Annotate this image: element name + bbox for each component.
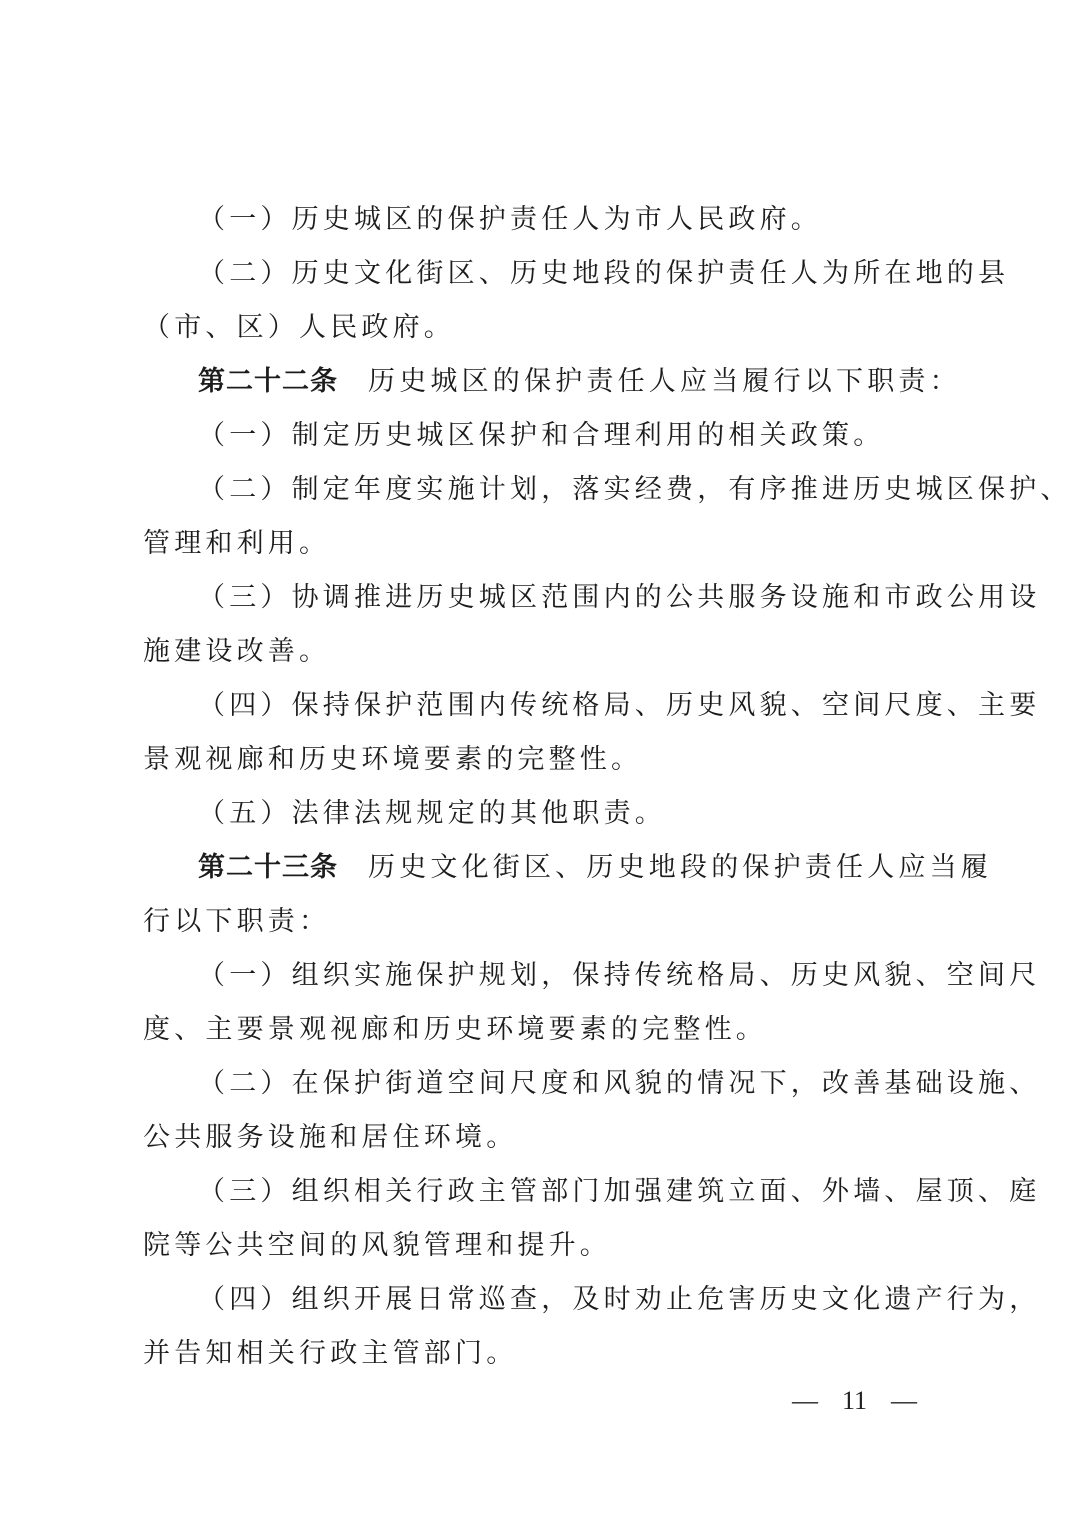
page-number: —11— <box>792 1383 917 1419</box>
item-line: （一）制定历史城区保护和合理利用的相关政策。 <box>198 418 884 454</box>
line-text: （四）组织开展日常巡查，及时劝止危害历史文化遗产行为， <box>198 1284 1040 1315</box>
item-line: （二）历史文化街区、历史地段的保护责任人为所在地的县 <box>198 256 1009 292</box>
line-text: 并告知相关行政主管部门。 <box>143 1338 517 1369</box>
item-line: （四）保持保护范围内传统格局、历史风貌、空间尺度、主要 <box>198 688 1040 724</box>
page-number-value: 11 <box>842 1383 867 1419</box>
continuation-line: 度、主要景观视廊和历史环境要素的完整性。 <box>143 1012 767 1048</box>
line-text: 景观视廊和历史环境要素的完整性。 <box>143 744 642 775</box>
continuation-line: （市、区）人民政府。 <box>143 310 455 346</box>
line-text: （一）制定历史城区保护和合理利用的相关政策。 <box>198 420 884 451</box>
line-text: （四）保持保护范围内传统格局、历史风貌、空间尺度、主要 <box>198 690 1040 721</box>
line-text: （市、区）人民政府。 <box>143 312 455 343</box>
continuation-line: 管理和利用。 <box>143 526 330 562</box>
line-text: 历史文化街区、历史地段的保护责任人应当履 <box>368 852 992 883</box>
dash-right: — <box>891 1383 917 1419</box>
article-heading: 第二十三条 <box>198 852 338 883</box>
line-text: 院等公共空间的风貌管理和提升。 <box>143 1230 611 1261</box>
item-line: （一）历史城区的保护责任人为市人民政府。 <box>198 202 822 238</box>
line-text: （二）在保护街道空间尺度和风貌的情况下，改善基础设施、 <box>198 1068 1040 1099</box>
line-text: 历史城区的保护责任人应当履行以下职责： <box>368 366 961 397</box>
item-line: （二）在保护街道空间尺度和风貌的情况下，改善基础设施、 <box>198 1066 1040 1102</box>
item-line: （四）组织开展日常巡查，及时劝止危害历史文化遗产行为， <box>198 1282 1040 1318</box>
line-text: （一）历史城区的保护责任人为市人民政府。 <box>198 204 822 235</box>
continuation-line: 景观视廊和历史环境要素的完整性。 <box>143 742 642 778</box>
article-22-line: 第二十二条历史城区的保护责任人应当履行以下职责： <box>198 364 961 400</box>
line-text: 施建设改善。 <box>143 636 330 667</box>
line-text: （三）组织相关行政主管部门加强建筑立面、外墙、屋顶、庭 <box>198 1176 1040 1207</box>
dash-left: — <box>792 1383 818 1419</box>
continuation-line: 施建设改善。 <box>143 634 330 670</box>
line-text: 行以下职责： <box>143 906 330 937</box>
line-text: 度、主要景观视廊和历史环境要素的完整性。 <box>143 1014 767 1045</box>
item-line: （五）法律法规规定的其他职责。 <box>198 796 666 832</box>
line-text: （三）协调推进历史城区范围内的公共服务设施和市政公用设 <box>198 582 1040 613</box>
continuation-line: 公共服务设施和居住环境。 <box>143 1120 517 1156</box>
continuation-line: 院等公共空间的风貌管理和提升。 <box>143 1228 611 1264</box>
continuation-line: 并告知相关行政主管部门。 <box>143 1336 517 1372</box>
line-text: （二）历史文化街区、历史地段的保护责任人为所在地的县 <box>198 258 1009 289</box>
line-text: （二）制定年度实施计划，落实经费，有序推进历史城区保护、 <box>198 474 1072 505</box>
item-line: （三）协调推进历史城区范围内的公共服务设施和市政公用设 <box>198 580 1040 616</box>
line-text: （五）法律法规规定的其他职责。 <box>198 798 666 829</box>
line-text: 公共服务设施和居住环境。 <box>143 1122 517 1153</box>
article-23-line: 第二十三条历史文化街区、历史地段的保护责任人应当履 <box>198 850 992 886</box>
article-heading: 第二十二条 <box>198 366 338 397</box>
line-text: 管理和利用。 <box>143 528 330 559</box>
line-text: （一）组织实施保护规划，保持传统格局、历史风貌、空间尺 <box>198 960 1040 991</box>
continuation-line: 行以下职责： <box>143 904 330 940</box>
item-line: （一）组织实施保护规划，保持传统格局、历史风貌、空间尺 <box>198 958 1040 994</box>
document-page: （一）历史城区的保护责任人为市人民政府。 （二）历史文化街区、历史地段的保护责任… <box>0 0 1074 1520</box>
item-line: （二）制定年度实施计划，落实经费，有序推进历史城区保护、 <box>198 472 1072 508</box>
item-line: （三）组织相关行政主管部门加强建筑立面、外墙、屋顶、庭 <box>198 1174 1040 1210</box>
